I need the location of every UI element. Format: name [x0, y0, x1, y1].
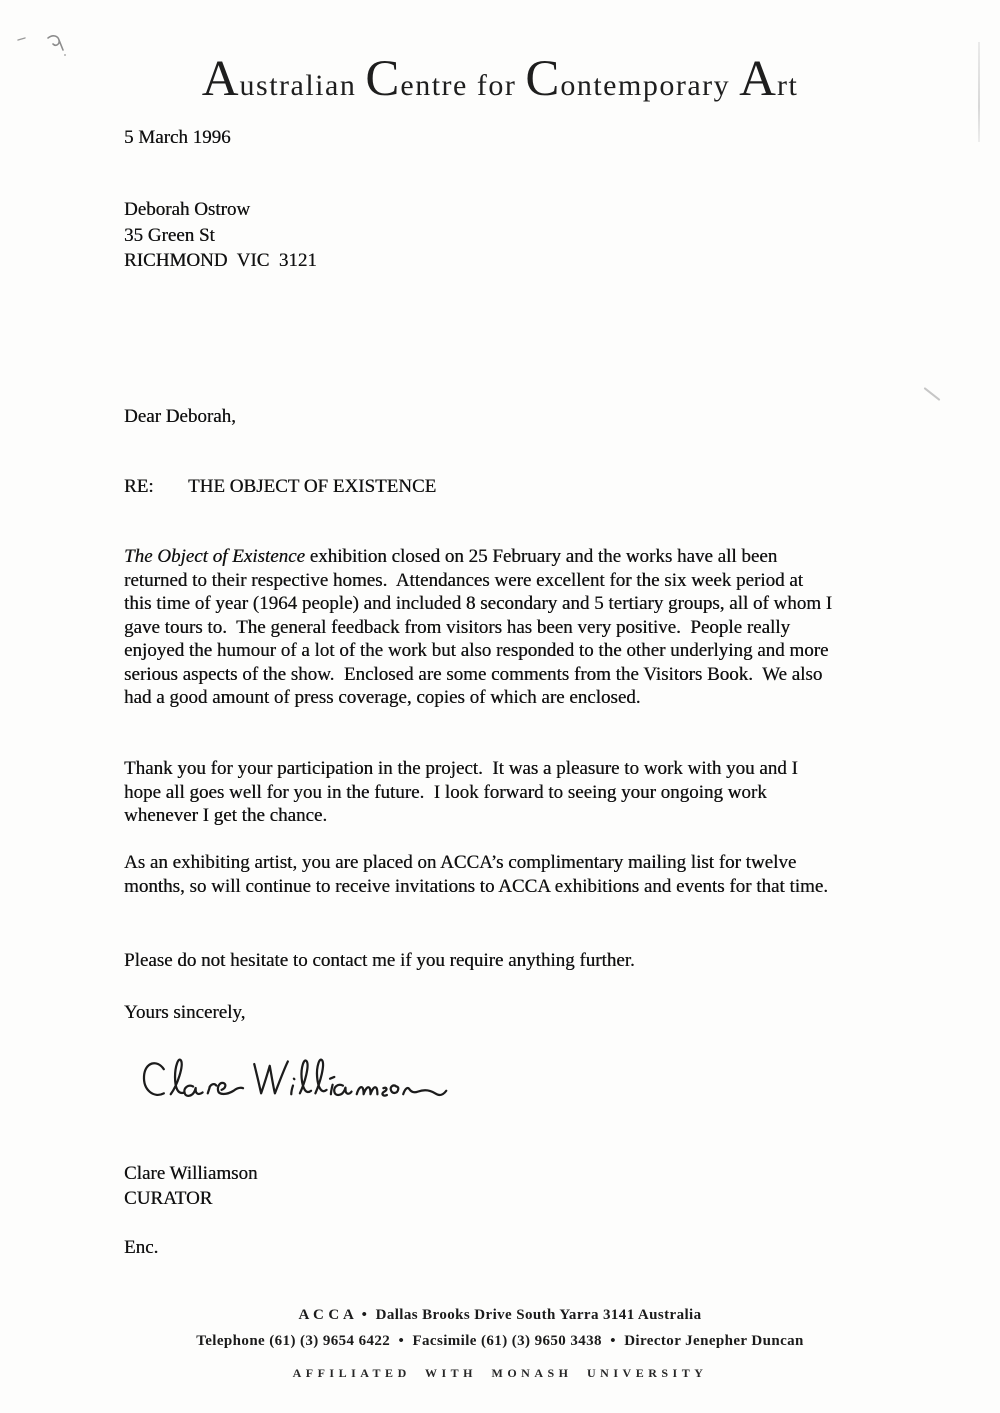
letterhead-title-part: A	[739, 51, 777, 107]
letter-date: 5 March 1996	[124, 126, 834, 150]
signer-name: Clare Williamson	[124, 1162, 834, 1187]
letterhead-title-part: C	[525, 51, 560, 107]
letter-page: Australian Centre for Contemporary Art 5…	[0, 0, 1000, 1413]
letterhead-title-part: ustralian	[240, 69, 366, 102]
recipient-name: Deborah Ostrow	[124, 197, 834, 223]
enclosure-note: Enc.	[124, 1236, 834, 1260]
body-paragraph-3: As an exhibiting artist, you are placed …	[124, 851, 834, 898]
body-paragraph-4: Please do not hesitate to contact me if …	[124, 949, 834, 973]
body-paragraph-1-text: exhibition closed on 25 February and the…	[124, 546, 837, 708]
recipient-street: 35 Green St	[124, 223, 834, 249]
letterhead-title-part: entre for	[400, 69, 525, 102]
letterhead-title-part: C	[365, 51, 400, 107]
handwritten-signature	[138, 1050, 448, 1116]
valediction: Yours sincerely,	[124, 1001, 834, 1025]
letterhead-title: Australian Centre for Contemporary Art	[0, 50, 1000, 115]
scan-mark-artifact	[924, 387, 941, 401]
footer-contact-line: Telephone (61) (3) 9654 6422 • Facsimile…	[0, 1333, 1000, 1350]
letterhead-title-part: rt	[777, 69, 798, 102]
letterhead-title-part: ontemporary	[560, 69, 739, 102]
body-paragraph-2: Thank you for your participation in the …	[124, 757, 834, 828]
body-paragraph-1: The Object of Existence exhibition close…	[124, 545, 834, 710]
signer-title: CURATOR	[124, 1187, 834, 1212]
salutation: Dear Deborah,	[124, 405, 834, 429]
letterhead-title-part: A	[202, 51, 240, 107]
recipient-city-line: RICHMOND VIC 3121	[124, 248, 834, 274]
subject-label: RE:	[124, 475, 188, 499]
footer-affiliation-line: AFFILIATED WITH MONASH UNIVERSITY	[0, 1366, 1000, 1381]
footer-address-line: A C C A • Dallas Brooks Drive South Yarr…	[0, 1307, 1000, 1324]
recipient-address: Deborah Ostrow 35 Green St RICHMOND VIC …	[124, 197, 834, 274]
exhibition-title-italic: The Object of Existence	[124, 546, 305, 567]
signer-block: Clare Williamson CURATOR	[124, 1162, 834, 1211]
subject-title: THE OBJECT OF EXISTENCE	[188, 476, 436, 497]
subject-line: RE:THE OBJECT OF EXISTENCE	[124, 475, 834, 499]
